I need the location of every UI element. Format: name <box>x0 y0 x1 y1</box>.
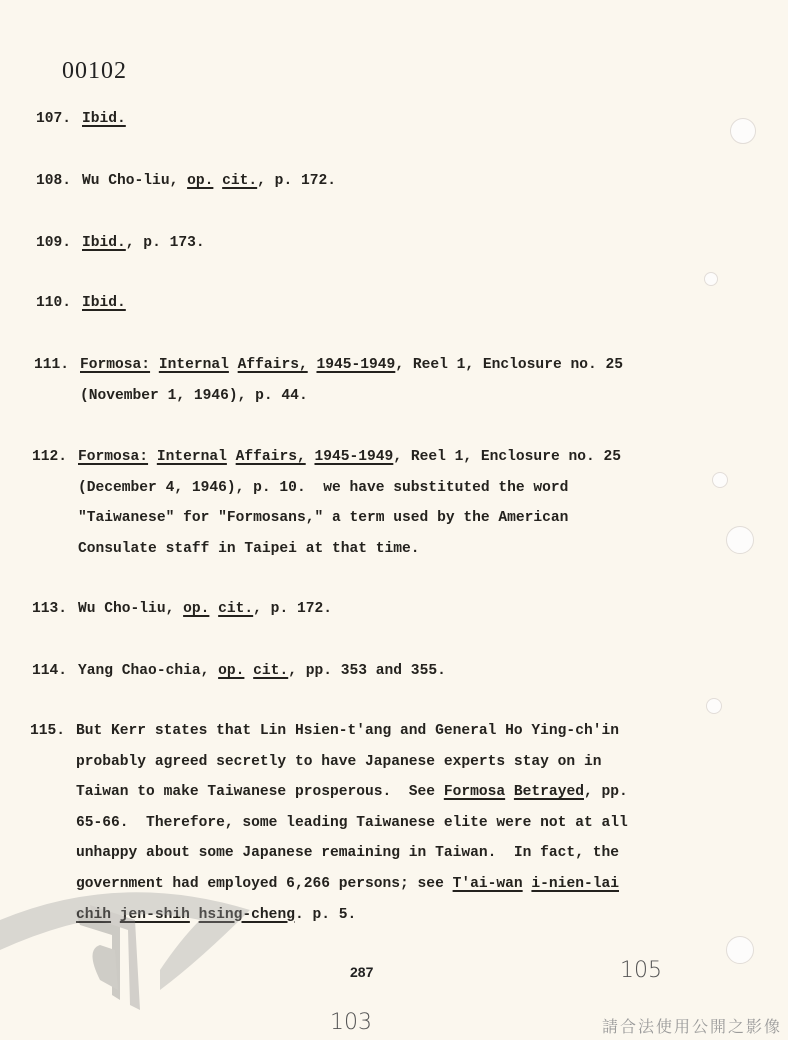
footnote-line: Ibid. <box>82 104 126 135</box>
footnote-number: 114. <box>32 656 67 687</box>
footnote-111: 111.Formosa: Internal Affairs, 1945-1949… <box>34 350 623 411</box>
footnote-number: 111. <box>34 350 69 381</box>
footnote-109: 109.Ibid., p. 173. <box>36 228 205 259</box>
punch-hole <box>704 272 718 286</box>
punch-hole <box>726 526 754 554</box>
punch-hole <box>726 936 754 964</box>
footnote-line: Ibid. <box>82 288 126 319</box>
footnote-line: (December 4, 1946), p. 10. we have subst… <box>78 473 621 504</box>
punch-hole <box>712 472 728 488</box>
footnote-line: Yang Chao-chia, op. cit., pp. 353 and 35… <box>78 656 446 687</box>
page-number: 287 <box>350 964 373 980</box>
footnote-number: 112. <box>32 442 67 473</box>
handwritten-number-top: 105 <box>620 958 662 983</box>
footnote-110: 110.Ibid. <box>36 288 126 319</box>
usage-watermark: 請合法使用公開之影像 <box>602 1014 782 1037</box>
punch-hole <box>730 118 756 144</box>
footnote-number: 109. <box>36 228 71 259</box>
handwritten-number-bottom: 103 <box>330 1010 372 1035</box>
library-logo-watermark <box>0 850 260 1010</box>
footnote-line: But Kerr states that Lin Hsien-t'ang and… <box>76 716 628 747</box>
footnote-108: 108.Wu Cho-liu, op. cit., p. 172. <box>36 166 336 197</box>
footnote-line: Formosa: Internal Affairs, 1945-1949, Re… <box>80 350 623 381</box>
footnote-112: 112.Formosa: Internal Affairs, 1945-1949… <box>32 442 621 564</box>
footnote-line: probably agreed secretly to have Japanes… <box>76 747 628 778</box>
footnote-line: "Taiwanese" for "Formosans," a term used… <box>78 503 621 534</box>
footnote-114: 114.Yang Chao-chia, op. cit., pp. 353 an… <box>32 656 446 687</box>
footnote-number: 115. <box>30 716 65 747</box>
archive-stamp: 00102 <box>62 58 127 85</box>
footnote-line: Wu Cho-liu, op. cit., p. 172. <box>82 166 336 197</box>
footnote-line: Consulate staff in Taipei at that time. <box>78 534 621 565</box>
footnote-number: 108. <box>36 166 71 197</box>
footnote-line: Wu Cho-liu, op. cit., p. 172. <box>78 594 332 625</box>
footnote-107: 107.Ibid. <box>36 104 126 135</box>
footnote-number: 113. <box>32 594 67 625</box>
footnote-number: 107. <box>36 104 71 135</box>
footnote-line: Ibid., p. 173. <box>82 228 205 259</box>
footnote-line: 65-66. Therefore, some leading Taiwanese… <box>76 808 628 839</box>
footnote-line: Formosa: Internal Affairs, 1945-1949, Re… <box>78 442 621 473</box>
footnote-113: 113.Wu Cho-liu, op. cit., p. 172. <box>32 594 332 625</box>
footnote-line: Taiwan to make Taiwanese prosperous. See… <box>76 777 628 808</box>
footnote-line: (November 1, 1946), p. 44. <box>80 381 623 412</box>
punch-hole <box>706 698 722 714</box>
footnote-number: 110. <box>36 288 71 319</box>
